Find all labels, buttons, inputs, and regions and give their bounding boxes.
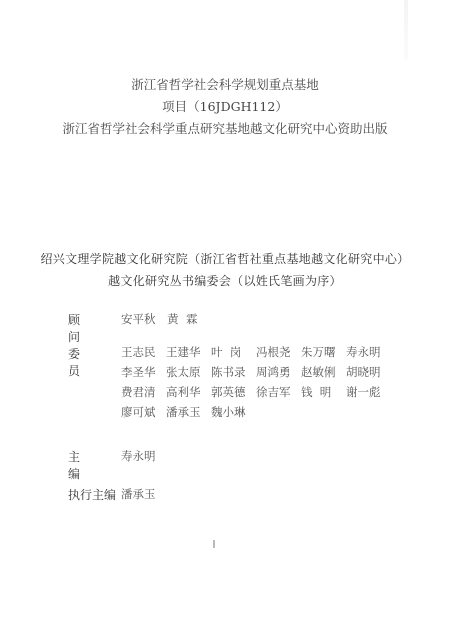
members-label-row: 委员 [68,345,120,379]
member-name: 费君清 [121,385,166,400]
member-name: 王志民 [121,345,166,360]
member-name: 李圣华 [121,365,166,380]
members-names: 王志民 王建华 叶 岗 冯根尧 朱万曙 寿永明 李圣华 张太原 陈书录 周鸿勇 … [121,345,391,420]
member-name: 叶 岗 [211,345,256,360]
chief-editor-label: 主编 [68,448,120,482]
member-name: 潘承玉 [166,405,211,420]
member-name: 朱万曙 [301,345,346,360]
member-name: 寿永明 [346,345,391,360]
advisors-names: 安平秋 黄 霖 [121,311,205,327]
committee-heading: 绍兴文理学院越文化研究院（浙江省哲社重点基地越文化研究中心） 越文化研究丛书编委… [0,248,450,292]
funding-line-2: 项目（16JDGH112） [0,96,450,118]
member-name: 张太原 [166,365,211,380]
advisor-name: 安平秋 [121,311,156,327]
member-name: 钱 明 [301,385,346,400]
member-name: 谢一彪 [346,385,391,400]
committee-title-line-2: 越文化研究丛书编委会（以姓氏笔画为序） [0,270,450,292]
executive-editor-label: 执行主编 [68,486,120,503]
funding-line-1: 浙江省哲学社会科学规划重点基地 [0,74,450,96]
member-name: 郭英德 [211,385,256,400]
committee-title-line-1: 绍兴文理学院越文化研究院（浙江省哲社重点基地越文化研究中心） [0,248,450,270]
chief-editor-name: 寿永明 [121,448,156,464]
member-name: 廖可斌 [121,405,166,420]
member-name: 胡晓明 [346,365,391,380]
advisor-name: 黄 霖 [167,311,197,327]
chief-editor-label-row: 主编 [68,448,120,482]
member-name: 陈书录 [211,365,256,380]
member-name: 魏小琳 [211,405,256,420]
member-name: 赵敏俐 [301,365,346,380]
member-name: 高利华 [166,385,211,400]
funding-line-3: 浙江省哲学社会科学重点研究基地越文化研究中心资助出版 [0,118,450,140]
member-name: 周鸿勇 [256,365,301,380]
scan-mark [213,540,215,548]
member-name: 冯根尧 [256,345,301,360]
member-name: 徐吉军 [256,385,301,400]
executive-editor-label-row: 执行主编 [68,486,120,503]
executive-editor-name: 潘承玉 [121,486,156,502]
members-label: 委员 [68,345,120,379]
member-name: 王建华 [166,345,211,360]
advisors-label-row: 顾问 [68,311,120,345]
chief-editor-name-row: 寿永明 [121,448,164,464]
scan-artifact [404,0,408,60]
funding-statement: 浙江省哲学社会科学规划重点基地 项目（16JDGH112） 浙江省哲学社会科学重… [0,74,450,140]
advisors-label: 顾问 [68,311,120,345]
executive-editor-name-row: 潘承玉 [121,486,164,502]
